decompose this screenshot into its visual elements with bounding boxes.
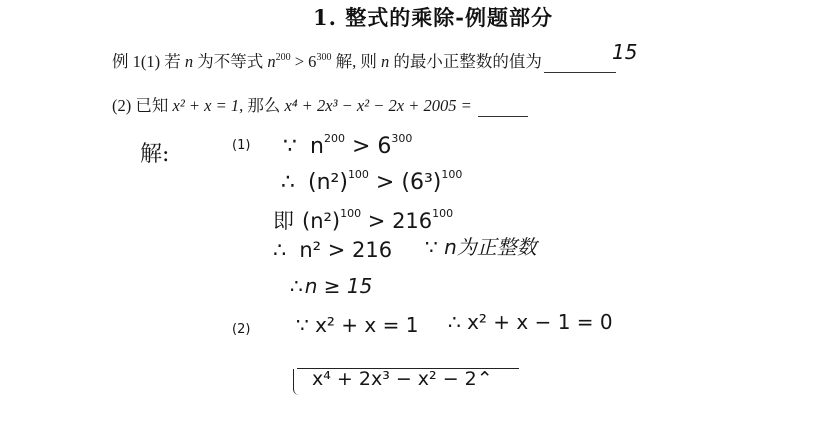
problem-1-text-after: 解, 则 (331, 52, 381, 71)
problem-1: 例 1(1) 若 n 为不等式 n200 > 6300 解, 则 n 的最小正整… (112, 48, 616, 73)
variable-n-2: n (381, 52, 389, 71)
answer-blank-2 (478, 96, 528, 117)
namely-label: 即 (273, 209, 294, 233)
therefore-symbol: ∴ (290, 274, 303, 298)
line-4-text: n² > 216 (299, 238, 392, 262)
part-2-derived: ∴ x² + x − 1 = 0 (448, 310, 613, 334)
solution-heading: 解: (140, 137, 169, 168)
worksheet-page: 1. 整式的乘除-例题部分 例 1(1) 若 n 为不等式 n200 > 630… (0, 0, 819, 436)
therefore-symbol: ∴ (281, 170, 296, 195)
solution-part-2-marker: (2) (232, 322, 250, 337)
handwritten-answer-1: 15 (612, 40, 637, 64)
line-3-relation: > 216 (361, 209, 432, 233)
inequality-base: n (267, 52, 275, 71)
because-symbol: ∵ (283, 134, 298, 159)
target-expression: x⁴ + 2x³ − x² − 2x + 2005 = (285, 96, 472, 115)
answer-blank-1 (544, 52, 616, 73)
problem-1-text-before: 若 (164, 52, 185, 71)
solution-line-4: ∴n² > 216 (273, 238, 392, 262)
line-2-lhs-exponent: 100 (348, 168, 369, 181)
line-2-rhs-exponent: 100 (441, 168, 462, 181)
positive-integer-note: ∵ n为正整数 (425, 231, 537, 260)
problem-1-label: 例 1(1) (112, 52, 160, 71)
solution-line-5: ∴n ≥ 15 (290, 274, 372, 298)
problem-1-text-end: 的最小正整数的值为 (389, 52, 542, 71)
line-3-lhs-exponent: 100 (340, 207, 361, 220)
long-division-dividend: x⁴ + 2x³ − x² − 2⌃ (312, 368, 493, 390)
line-2-relation: > (6³) (369, 170, 441, 195)
problem-2-text: 已知 (135, 96, 172, 115)
line-5-text: n ≥ 15 (305, 274, 373, 298)
line-3-rhs-exponent: 100 (432, 207, 453, 220)
part-2-given: ∵ x² + x = 1 (296, 313, 418, 337)
line-1-lhs: n (310, 134, 324, 159)
problem-1-text-mid: 为不等式 (193, 52, 267, 71)
page-title: 1. 整式的乘除-例题部分 (313, 2, 553, 32)
given-expression: x² + x = 1 (173, 96, 240, 115)
line-1-relation: > 6 (345, 134, 391, 159)
inequality-exponent-1: 200 (276, 52, 291, 63)
inequality-exponent-2: 300 (316, 52, 331, 63)
problem-2: (2) 已知 x² + x = 1, 那么 x⁴ + 2x³ − x² − 2x… (112, 92, 528, 117)
solution-line-2: ∴(n²)100 > (6³)100 (281, 170, 462, 195)
solution-part-1-marker: (1) (232, 138, 250, 153)
line-1-lhs-exponent: 200 (324, 132, 345, 145)
line-1-rhs-exponent: 300 (391, 132, 412, 145)
therefore-symbol: ∴ (273, 238, 287, 262)
problem-2-text-2: , 那么 (239, 96, 284, 115)
problem-2-label: (2) (112, 96, 131, 115)
inequality-operator: > 6 (291, 52, 317, 71)
variable-n: n (185, 52, 193, 71)
solution-line-1: ∵n200 > 6300 (283, 134, 412, 159)
line-3-lhs: (n²) (302, 209, 340, 233)
line-2-lhs: (n²) (308, 170, 348, 195)
